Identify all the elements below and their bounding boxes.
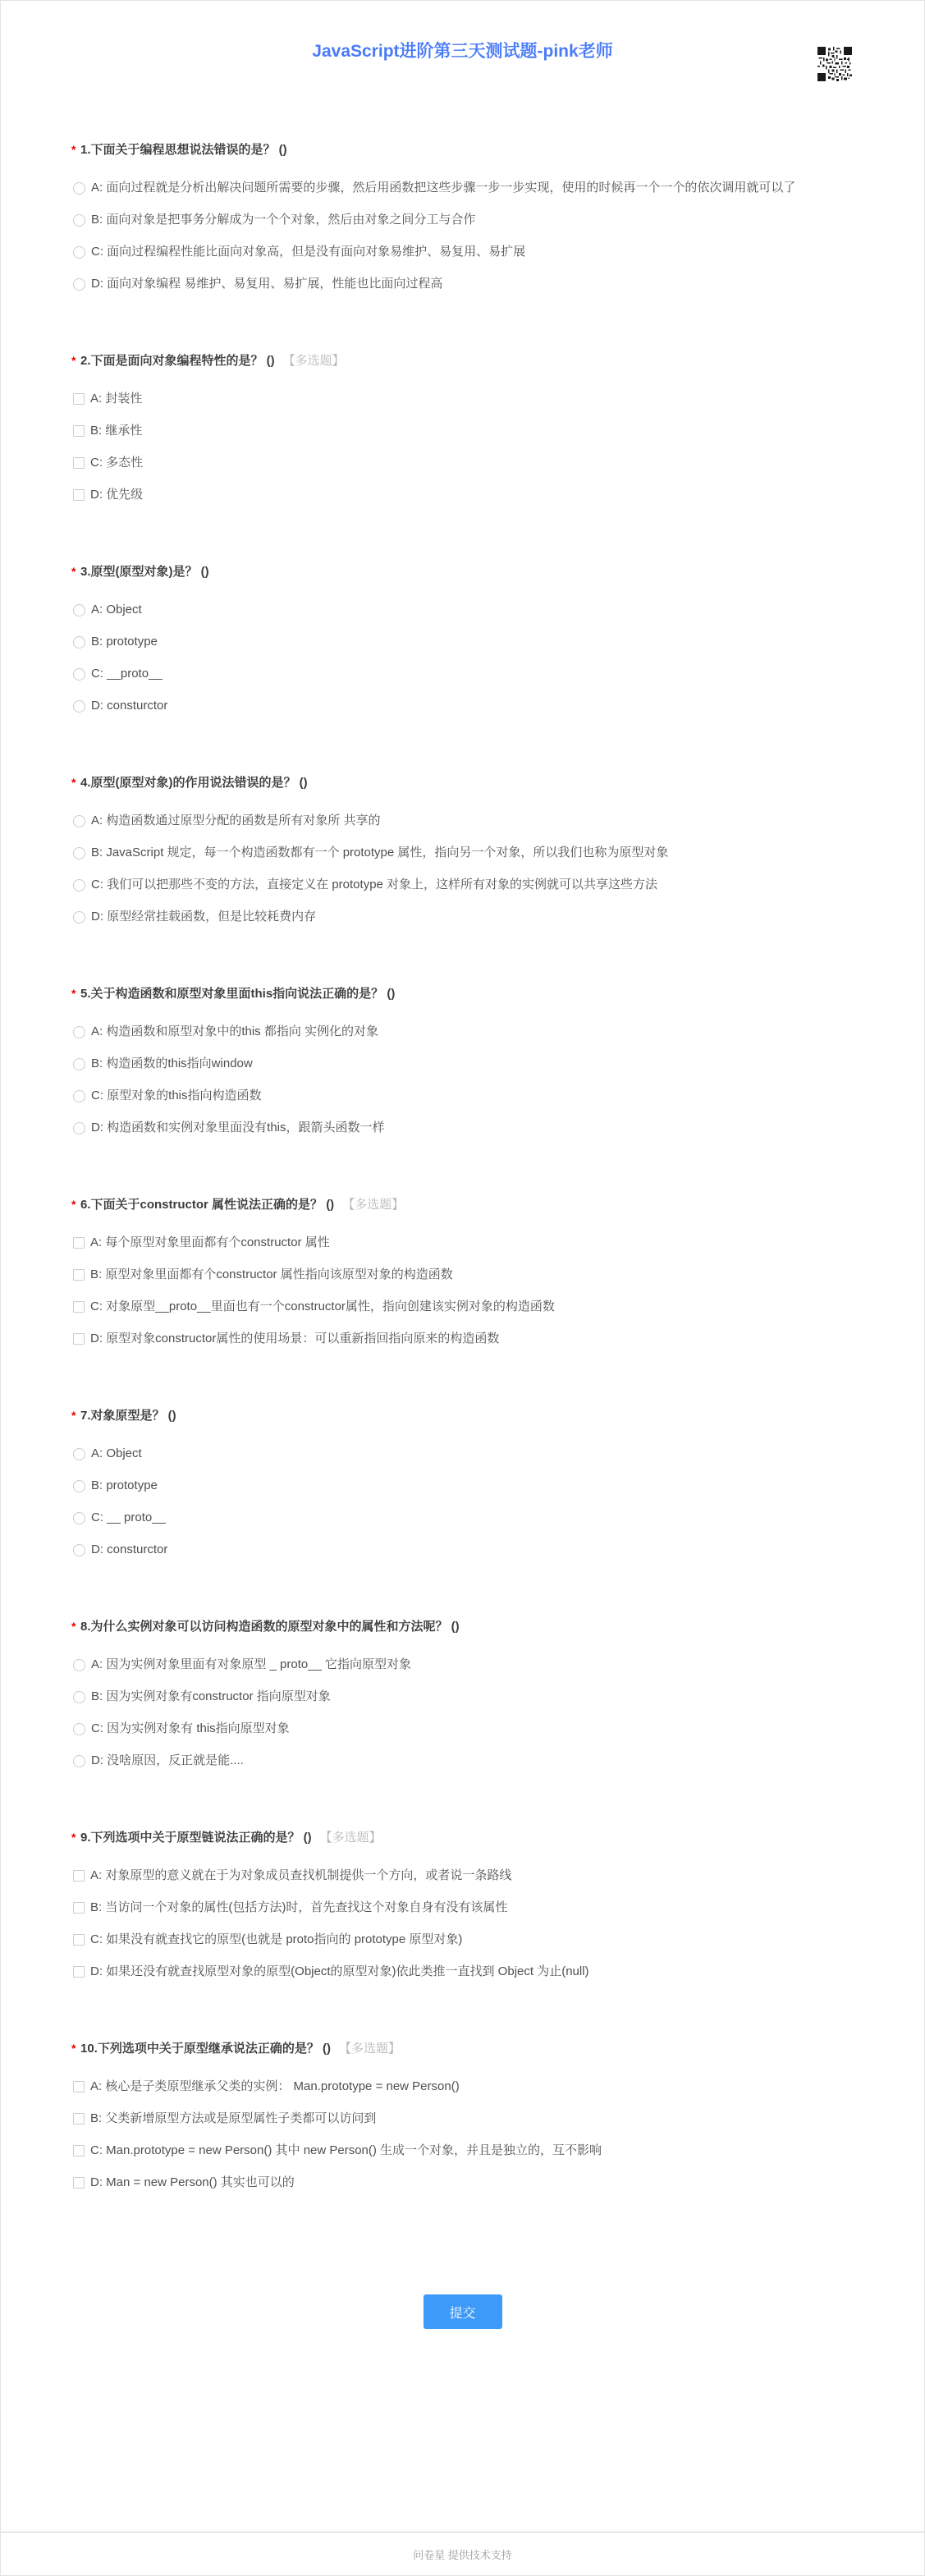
- required-asterisk: *: [71, 140, 76, 159]
- option-label: B: 当访问一个对象的属性(包括方法)时，首先查找这个对象自身有没有该属性: [90, 1893, 507, 1923]
- radio-icon[interactable]: [73, 1026, 85, 1038]
- question-2-option-b[interactable]: B: 继承性: [73, 416, 852, 446]
- question-10-option-c[interactable]: C: Man.prototype = new Person() 其中 new P…: [73, 2136, 852, 2166]
- multi-select-tag: 【多选题】: [283, 354, 345, 368]
- option-label: B: 原型对象里面都有个constructor 属性指向该原型对象的构造函数: [90, 1260, 453, 1290]
- question-2-option-a[interactable]: A: 封装性: [73, 384, 852, 414]
- option-label: A: Object: [91, 595, 142, 625]
- question-text: 10.下列选项中关于原型继承说法正确的是？ (): [80, 2042, 331, 2056]
- checkbox-icon[interactable]: [73, 457, 85, 469]
- option-label: B: prototype: [91, 627, 158, 657]
- question-6-option-d[interactable]: D: 原型对象constructor属性的使用场景：可以重新指回指向原来的构造函…: [73, 1324, 852, 1354]
- question-8-option-a[interactable]: A: 因为实例对象里面有对象原型 _ proto__ 它指向原型对象: [73, 1650, 852, 1680]
- radio-icon[interactable]: [73, 604, 85, 616]
- question-10-option-a[interactable]: A: 核心是子类原型继承父类的实例： Man.prototype = new P…: [73, 2072, 852, 2102]
- question-list: *1.下面关于编程思想说法错误的是？ () A: 面向过程就是分析出解决问题所需…: [1, 140, 924, 2198]
- question-text: 4.原型(原型对象)的作用说法错误的是？ (): [80, 776, 308, 790]
- option-label: D: 如果还没有就查找原型对象的原型(Object的原型对象)依此类推一直找到 …: [90, 1957, 589, 1987]
- page-footer: 问卷星 提供技术支持: [1, 2532, 924, 2575]
- question-6-option-c[interactable]: C: 对象原型__proto__里面也有一个constructor属性，指向创建…: [73, 1292, 852, 1322]
- option-label: A: 对象原型的意义就在于为对象成员查找机制提供一个方向，或者说一条路线: [90, 1861, 511, 1891]
- question-1: *1.下面关于编程思想说法错误的是？ () A: 面向过程就是分析出解决问题所需…: [73, 140, 852, 299]
- radio-icon[interactable]: [73, 1691, 85, 1703]
- question-text: 9.下列选项中关于原型链说法正确的是？ (): [80, 1831, 312, 1845]
- option-label: C: __proto__: [91, 659, 163, 689]
- question-1-option-c[interactable]: C: 面向过程编程性能比面向对象高，但是没有面向对象易维护、易复用、易扩展: [73, 237, 852, 267]
- question-8-option-d[interactable]: D: 没啥原因，反正就是能....: [73, 1746, 852, 1776]
- question-7-option-b[interactable]: B: prototype: [73, 1471, 852, 1501]
- radio-icon[interactable]: [73, 1122, 85, 1134]
- option-list: A: Object B: prototype C: __ proto__ D: …: [73, 1439, 852, 1565]
- option-label: B: 构造函数的this指向window: [91, 1049, 253, 1079]
- option-label: A: 面向过程就是分析出解决问题所需要的步骤，然后用函数把这些步骤一步一步实现，…: [91, 173, 795, 203]
- option-list: A: Object B: prototype C: __proto__ D: c…: [73, 595, 852, 721]
- option-label: C: 多态性: [90, 448, 143, 478]
- question-9-option-c[interactable]: C: 如果没有就查找它的原型(也就是 proto指向的 prototype 原型…: [73, 1925, 852, 1955]
- multi-select-tag: 【多选题】: [342, 1198, 404, 1212]
- checkbox-icon[interactable]: [73, 1902, 85, 1914]
- option-label: C: __ proto__: [91, 1503, 166, 1533]
- radio-icon[interactable]: [73, 847, 85, 859]
- radio-icon[interactable]: [73, 815, 85, 827]
- required-asterisk: *: [71, 1616, 76, 1636]
- question-text: 5.关于构造函数和原型对象里面this指向说法正确的是？ (): [80, 987, 395, 1001]
- radio-icon[interactable]: [73, 700, 85, 713]
- radio-icon[interactable]: [73, 1659, 85, 1671]
- question-text: 1.下面关于编程思想说法错误的是？ (): [80, 143, 287, 157]
- question-text: 2.下面是面向对象编程特性的是？ (): [80, 354, 275, 368]
- question-10-option-b[interactable]: B: 父类新增原型方法或是原型属性子类都可以访问到: [73, 2104, 852, 2134]
- question-4-option-b[interactable]: B: JavaScript 规定，每一个构造函数都有一个 prototype 属…: [73, 838, 852, 868]
- question-3-option-b[interactable]: B: prototype: [73, 627, 852, 657]
- question-7-option-a[interactable]: A: Object: [73, 1439, 852, 1469]
- required-asterisk: *: [71, 1405, 76, 1425]
- option-list: A: 封装性 B: 继承性 C: 多态性 D: 优先级: [73, 384, 852, 510]
- required-asterisk: *: [71, 983, 76, 1003]
- required-asterisk: *: [71, 1827, 76, 1847]
- option-label: D: 原型经常挂载函数，但是比较耗费内存: [91, 902, 316, 932]
- checkbox-icon[interactable]: [73, 2113, 85, 2125]
- footer-credit: 问卷星 提供技术支持: [1, 2546, 924, 2562]
- question-8-option-c[interactable]: C: 因为实例对象有 this指向原型对象: [73, 1714, 852, 1744]
- submit-button[interactable]: 提交: [424, 2294, 502, 2329]
- radio-icon[interactable]: [73, 1058, 85, 1070]
- option-label: A: 构造函数通过原型分配的函数是所有对象所 共享的: [91, 806, 381, 836]
- radio-icon[interactable]: [73, 278, 85, 291]
- radio-icon[interactable]: [73, 668, 85, 681]
- radio-icon[interactable]: [73, 1755, 85, 1767]
- question-4-option-d[interactable]: D: 原型经常挂载函数，但是比较耗费内存: [73, 902, 852, 932]
- multi-select-tag: 【多选题】: [320, 1831, 382, 1845]
- question-3-option-a[interactable]: A: Object: [73, 595, 852, 625]
- question-5-option-d[interactable]: D: 构造函数和实例对象里面没有this，跟箭头函数一样: [73, 1113, 852, 1143]
- question-4-option-a[interactable]: A: 构造函数通过原型分配的函数是所有对象所 共享的: [73, 806, 852, 836]
- question-title: *4.原型(原型对象)的作用说法错误的是？ (): [73, 773, 852, 793]
- checkbox-icon[interactable]: [73, 1870, 85, 1882]
- question-3-option-d[interactable]: D: consturctor: [73, 691, 852, 721]
- radio-icon[interactable]: [73, 1512, 85, 1524]
- option-label: D: 原型对象constructor属性的使用场景：可以重新指回指向原来的构造函…: [90, 1324, 499, 1354]
- submit-row: 提交: [1, 2294, 924, 2329]
- radio-icon[interactable]: [73, 636, 85, 649]
- question-7: *7.对象原型是？ () A: Object B: prototype C: _…: [73, 1406, 852, 1565]
- option-label: B: prototype: [91, 1471, 158, 1501]
- question-text: 7.对象原型是？ (): [80, 1409, 176, 1423]
- option-label: D: 面向对象编程 易维护、易复用、易扩展，性能也比面向过程高: [91, 269, 442, 299]
- option-label: C: 因为实例对象有 this指向原型对象: [91, 1714, 290, 1744]
- radio-icon[interactable]: [73, 1480, 85, 1492]
- option-label: A: 因为实例对象里面有对象原型 _ proto__ 它指向原型对象: [91, 1650, 411, 1680]
- option-label: B: 面向对象是把事务分解成为一个个对象，然后由对象之间分工与合作: [91, 205, 475, 235]
- question-5-option-b[interactable]: B: 构造函数的this指向window: [73, 1049, 852, 1079]
- option-label: B: JavaScript 规定，每一个构造函数都有一个 prototype 属…: [91, 838, 668, 868]
- question-6: *6.下面关于constructor 属性说法正确的是？ ()【多选题】 A: …: [73, 1195, 852, 1354]
- question-4-option-c[interactable]: C: 我们可以把那些不变的方法，直接定义在 prototype 对象上，这样所有…: [73, 870, 852, 900]
- question-text: 6.下面关于constructor 属性说法正确的是？ (): [80, 1198, 334, 1212]
- required-asterisk: *: [71, 1194, 76, 1214]
- option-label: A: Object: [91, 1439, 142, 1469]
- option-label: A: 构造函数和原型对象中的this 都指向 实例化的对象: [91, 1017, 378, 1047]
- question-9-option-a[interactable]: A: 对象原型的意义就在于为对象成员查找机制提供一个方向，或者说一条路线: [73, 1861, 852, 1891]
- question-title: *8.为什么实例对象可以访问构造函数的原型对象中的属性和方法呢？ (): [73, 1617, 852, 1637]
- radio-icon[interactable]: [73, 879, 85, 892]
- question-2-option-c[interactable]: C: 多态性: [73, 448, 852, 478]
- question-6-option-b[interactable]: B: 原型对象里面都有个constructor 属性指向该原型对象的构造函数: [73, 1260, 852, 1290]
- checkbox-icon[interactable]: [73, 1333, 85, 1345]
- question-5-option-c[interactable]: C: 原型对象的this指向构造函数: [73, 1081, 852, 1111]
- radio-icon[interactable]: [73, 911, 85, 924]
- radio-icon[interactable]: [73, 1448, 85, 1460]
- radio-icon[interactable]: [73, 1723, 85, 1735]
- checkbox-icon[interactable]: [73, 2081, 85, 2092]
- option-label: B: 父类新增原型方法或是原型属性子类都可以访问到: [90, 2104, 376, 2134]
- page-title: JavaScript进阶第三天测试题-pink老师: [1, 40, 924, 63]
- question-3-option-c[interactable]: C: __proto__: [73, 659, 852, 689]
- question-10-option-d[interactable]: D: Man = new Person() 其实也可以的: [73, 2168, 852, 2198]
- multi-select-tag: 【多选题】: [339, 2042, 401, 2056]
- option-label: B: 因为实例对象有constructor 指向原型对象: [91, 1682, 331, 1712]
- question-4: *4.原型(原型对象)的作用说法错误的是？ () A: 构造函数通过原型分配的函…: [73, 773, 852, 932]
- option-label: D: 没啥原因，反正就是能....: [91, 1746, 244, 1776]
- option-label: C: 对象原型__proto__里面也有一个constructor属性，指向创建…: [90, 1292, 555, 1322]
- option-list: A: 对象原型的意义就在于为对象成员查找机制提供一个方向，或者说一条路线 B: …: [73, 1861, 852, 1987]
- question-3: *3.原型(原型对象)是？ () A: Object B: prototype …: [73, 562, 852, 721]
- question-9: *9.下列选项中关于原型链说法正确的是？ ()【多选题】 A: 对象原型的意义就…: [73, 1828, 852, 1987]
- radio-icon[interactable]: [73, 246, 85, 259]
- checkbox-icon[interactable]: [73, 1301, 85, 1313]
- required-asterisk: *: [71, 2038, 76, 2058]
- checkbox-icon[interactable]: [73, 1269, 85, 1281]
- checkbox-icon[interactable]: [73, 489, 85, 501]
- question-1-option-d[interactable]: D: 面向对象编程 易维护、易复用、易扩展，性能也比面向过程高: [73, 269, 852, 299]
- option-label: C: 如果没有就查找它的原型(也就是 proto指向的 prototype 原型…: [90, 1925, 462, 1955]
- option-list: A: 面向过程就是分析出解决问题所需要的步骤，然后用函数把这些步骤一步一步实现，…: [73, 173, 852, 299]
- option-list: A: 构造函数通过原型分配的函数是所有对象所 共享的 B: JavaScript…: [73, 806, 852, 932]
- checkbox-icon[interactable]: [73, 2145, 85, 2157]
- option-list: A: 每个原型对象里面都有个constructor 属性 B: 原型对象里面都有…: [73, 1228, 852, 1354]
- checkbox-icon[interactable]: [73, 425, 85, 437]
- option-list: A: 因为实例对象里面有对象原型 _ proto__ 它指向原型对象 B: 因为…: [73, 1650, 852, 1776]
- question-2: *2.下面是面向对象编程特性的是？ ()【多选题】 A: 封装性 B: 继承性 …: [73, 351, 852, 510]
- option-label: A: 核心是子类原型继承父类的实例： Man.prototype = new P…: [90, 2072, 460, 2102]
- question-5: *5.关于构造函数和原型对象里面this指向说法正确的是？ () A: 构造函数…: [73, 984, 852, 1143]
- option-label: C: 我们可以把那些不变的方法，直接定义在 prototype 对象上，这样所有…: [91, 870, 657, 900]
- question-title: *2.下面是面向对象编程特性的是？ ()【多选题】: [73, 351, 852, 371]
- qr-code-icon: [817, 47, 852, 81]
- required-asterisk: *: [71, 561, 76, 581]
- option-label: C: Man.prototype = new Person() 其中 new P…: [90, 2136, 602, 2166]
- question-5-option-a[interactable]: A: 构造函数和原型对象中的this 都指向 实例化的对象: [73, 1017, 852, 1047]
- question-1-option-b[interactable]: B: 面向对象是把事务分解成为一个个对象，然后由对象之间分工与合作: [73, 205, 852, 235]
- option-label: D: consturctor: [91, 1535, 167, 1565]
- option-label: D: Man = new Person() 其实也可以的: [90, 2168, 295, 2198]
- option-label: B: 继承性: [90, 416, 142, 446]
- option-label: D: 优先级: [90, 480, 143, 510]
- radio-icon[interactable]: [73, 1544, 85, 1556]
- option-label: C: 原型对象的this指向构造函数: [91, 1081, 262, 1111]
- question-title: *6.下面关于constructor 属性说法正确的是？ ()【多选题】: [73, 1195, 852, 1215]
- question-9-option-b[interactable]: B: 当访问一个对象的属性(包括方法)时，首先查找这个对象自身有没有该属性: [73, 1893, 852, 1923]
- checkbox-icon[interactable]: [73, 1237, 85, 1249]
- option-list: A: 构造函数和原型对象中的this 都指向 实例化的对象 B: 构造函数的th…: [73, 1017, 852, 1143]
- radio-icon[interactable]: [73, 182, 85, 195]
- question-title: *7.对象原型是？ (): [73, 1406, 852, 1426]
- option-label: D: consturctor: [91, 691, 167, 721]
- radio-icon[interactable]: [73, 1090, 85, 1102]
- question-title: *9.下列选项中关于原型链说法正确的是？ ()【多选题】: [73, 1828, 852, 1848]
- question-8: *8.为什么实例对象可以访问构造函数的原型对象中的属性和方法呢？ () A: 因…: [73, 1617, 852, 1776]
- question-title: *1.下面关于编程思想说法错误的是？ (): [73, 140, 852, 160]
- question-1-option-a[interactable]: A: 面向过程就是分析出解决问题所需要的步骤，然后用函数把这些步骤一步一步实现，…: [73, 173, 852, 203]
- question-text: 8.为什么实例对象可以访问构造函数的原型对象中的属性和方法呢？ (): [80, 1620, 460, 1634]
- option-label: D: 构造函数和实例对象里面没有this，跟箭头函数一样: [91, 1113, 385, 1143]
- question-title: *3.原型(原型对象)是？ (): [73, 562, 852, 582]
- survey-page: JavaScript进阶第三天测试题-pink老师: [0, 0, 925, 2576]
- question-2-option-d[interactable]: D: 优先级: [73, 480, 852, 510]
- radio-icon[interactable]: [73, 214, 85, 227]
- option-label: A: 每个原型对象里面都有个constructor 属性: [90, 1228, 330, 1258]
- option-list: A: 核心是子类原型继承父类的实例： Man.prototype = new P…: [73, 2072, 852, 2198]
- option-label: C: 面向过程编程性能比面向对象高，但是没有面向对象易维护、易复用、易扩展: [91, 237, 525, 267]
- page-header: JavaScript进阶第三天测试题-pink老师: [1, 1, 924, 63]
- question-title: *5.关于构造函数和原型对象里面this指向说法正确的是？ (): [73, 984, 852, 1004]
- question-9-option-d[interactable]: D: 如果还没有就查找原型对象的原型(Object的原型对象)依此类推一直找到 …: [73, 1957, 852, 1987]
- question-8-option-b[interactable]: B: 因为实例对象有constructor 指向原型对象: [73, 1682, 852, 1712]
- checkbox-icon[interactable]: [73, 1966, 85, 1978]
- required-asterisk: *: [71, 351, 76, 370]
- question-10: *10.下列选项中关于原型继承说法正确的是？ ()【多选题】 A: 核心是子类原…: [73, 2039, 852, 2198]
- question-7-option-d[interactable]: D: consturctor: [73, 1535, 852, 1565]
- option-label: A: 封装性: [90, 384, 142, 414]
- question-6-option-a[interactable]: A: 每个原型对象里面都有个constructor 属性: [73, 1228, 852, 1258]
- checkbox-icon[interactable]: [73, 1934, 85, 1946]
- question-text: 3.原型(原型对象)是？ (): [80, 565, 209, 579]
- checkbox-icon[interactable]: [73, 393, 85, 405]
- required-asterisk: *: [71, 772, 76, 792]
- checkbox-icon[interactable]: [73, 2177, 85, 2189]
- question-7-option-c[interactable]: C: __ proto__: [73, 1503, 852, 1533]
- question-title: *10.下列选项中关于原型继承说法正确的是？ ()【多选题】: [73, 2039, 852, 2059]
